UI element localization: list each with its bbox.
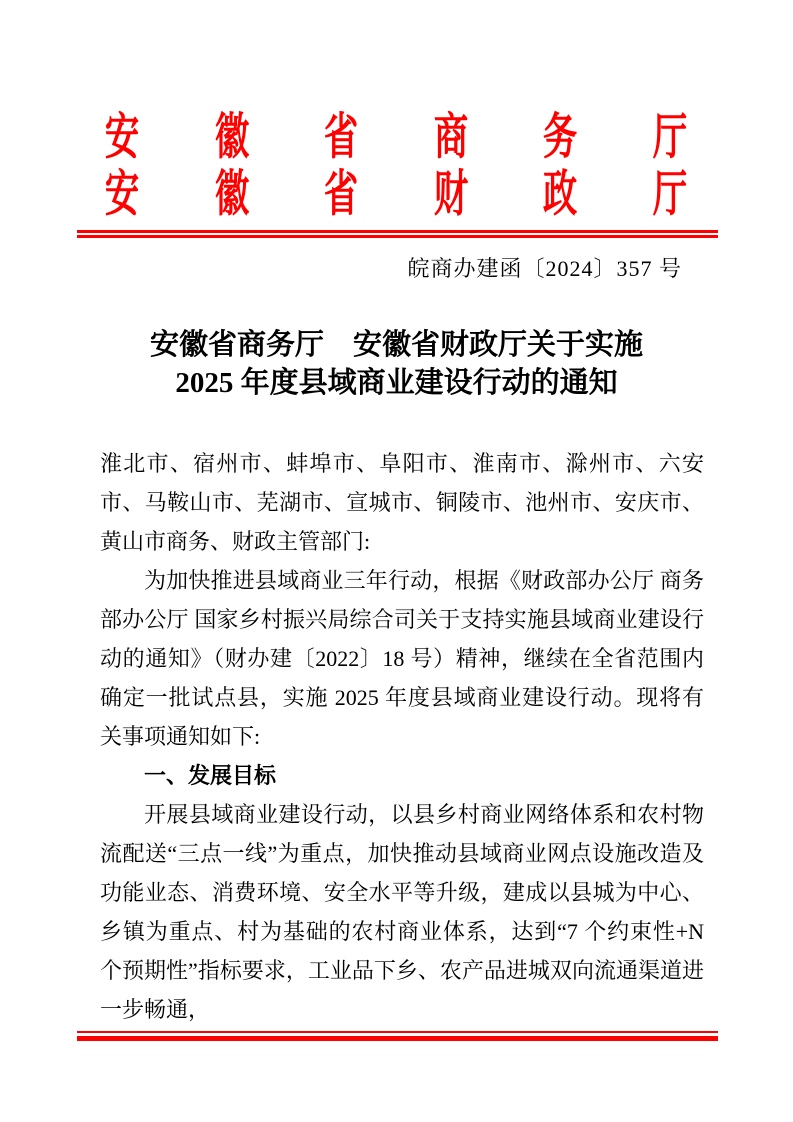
- title-line-2: 2025 年度县域商业建设行动的通知: [0, 364, 793, 402]
- letterhead-char: 厅: [653, 163, 687, 227]
- red-divider-bottom-bar-2: [77, 1036, 718, 1041]
- letterhead-char: 省: [324, 106, 358, 170]
- letterhead-char: 徽: [214, 163, 248, 227]
- document-page: 安 徽 省 商 务 厅 安 徽 省 财 政 厅 皖商办建函〔2024〕357 号…: [0, 0, 793, 1122]
- red-divider-top-bar-2: [77, 235, 718, 238]
- letterhead-char: 政: [543, 163, 577, 227]
- title-line-1: 安徽省商务厅 安徽省财政厅关于实施: [0, 326, 793, 364]
- letterhead-char: 省: [324, 163, 358, 227]
- red-divider-top: [77, 230, 718, 238]
- recipients-paragraph: 淮北市、宿州市、蚌埠市、阜阳市、淮南市、滁州市、六安市、马鞍山市、芜湖市、宣城市…: [100, 444, 704, 561]
- red-divider-bottom: [77, 1031, 718, 1041]
- letterhead: 安 徽 省 商 务 厅 安 徽 省 财 政 厅: [100, 109, 692, 223]
- letterhead-char: 务: [543, 106, 577, 170]
- document-title: 安徽省商务厅 安徽省财政厅关于实施 2025 年度县域商业建设行动的通知: [0, 326, 793, 402]
- intro-paragraph: 为加快推进县域商业三年行动，根据《财政部办公厅 商务部办公厅 国家乡村振兴局综合…: [100, 561, 704, 756]
- letterhead-char: 安: [105, 106, 139, 170]
- doc-number: 皖商办建函〔2024〕357 号: [407, 254, 682, 284]
- letterhead-line-1: 安 徽 省 商 务 厅: [100, 109, 692, 166]
- letterhead-char: 财: [434, 163, 468, 227]
- goal-paragraph: 开展县域商业建设行动，以县乡村商业网络体系和农村物流配送“三点一线”为重点，加快…: [100, 795, 704, 1029]
- letterhead-char: 商: [434, 106, 468, 170]
- letterhead-char: 厅: [653, 106, 687, 170]
- section-1-heading: 一、发展目标: [100, 756, 704, 795]
- document-body: 淮北市、宿州市、蚌埠市、阜阳市、淮南市、滁州市、六安市、马鞍山市、芜湖市、宣城市…: [100, 444, 704, 1029]
- letterhead-char: 安: [105, 163, 139, 227]
- letterhead-line-2: 安 徽 省 财 政 厅: [100, 166, 692, 223]
- letterhead-char: 徽: [214, 106, 248, 170]
